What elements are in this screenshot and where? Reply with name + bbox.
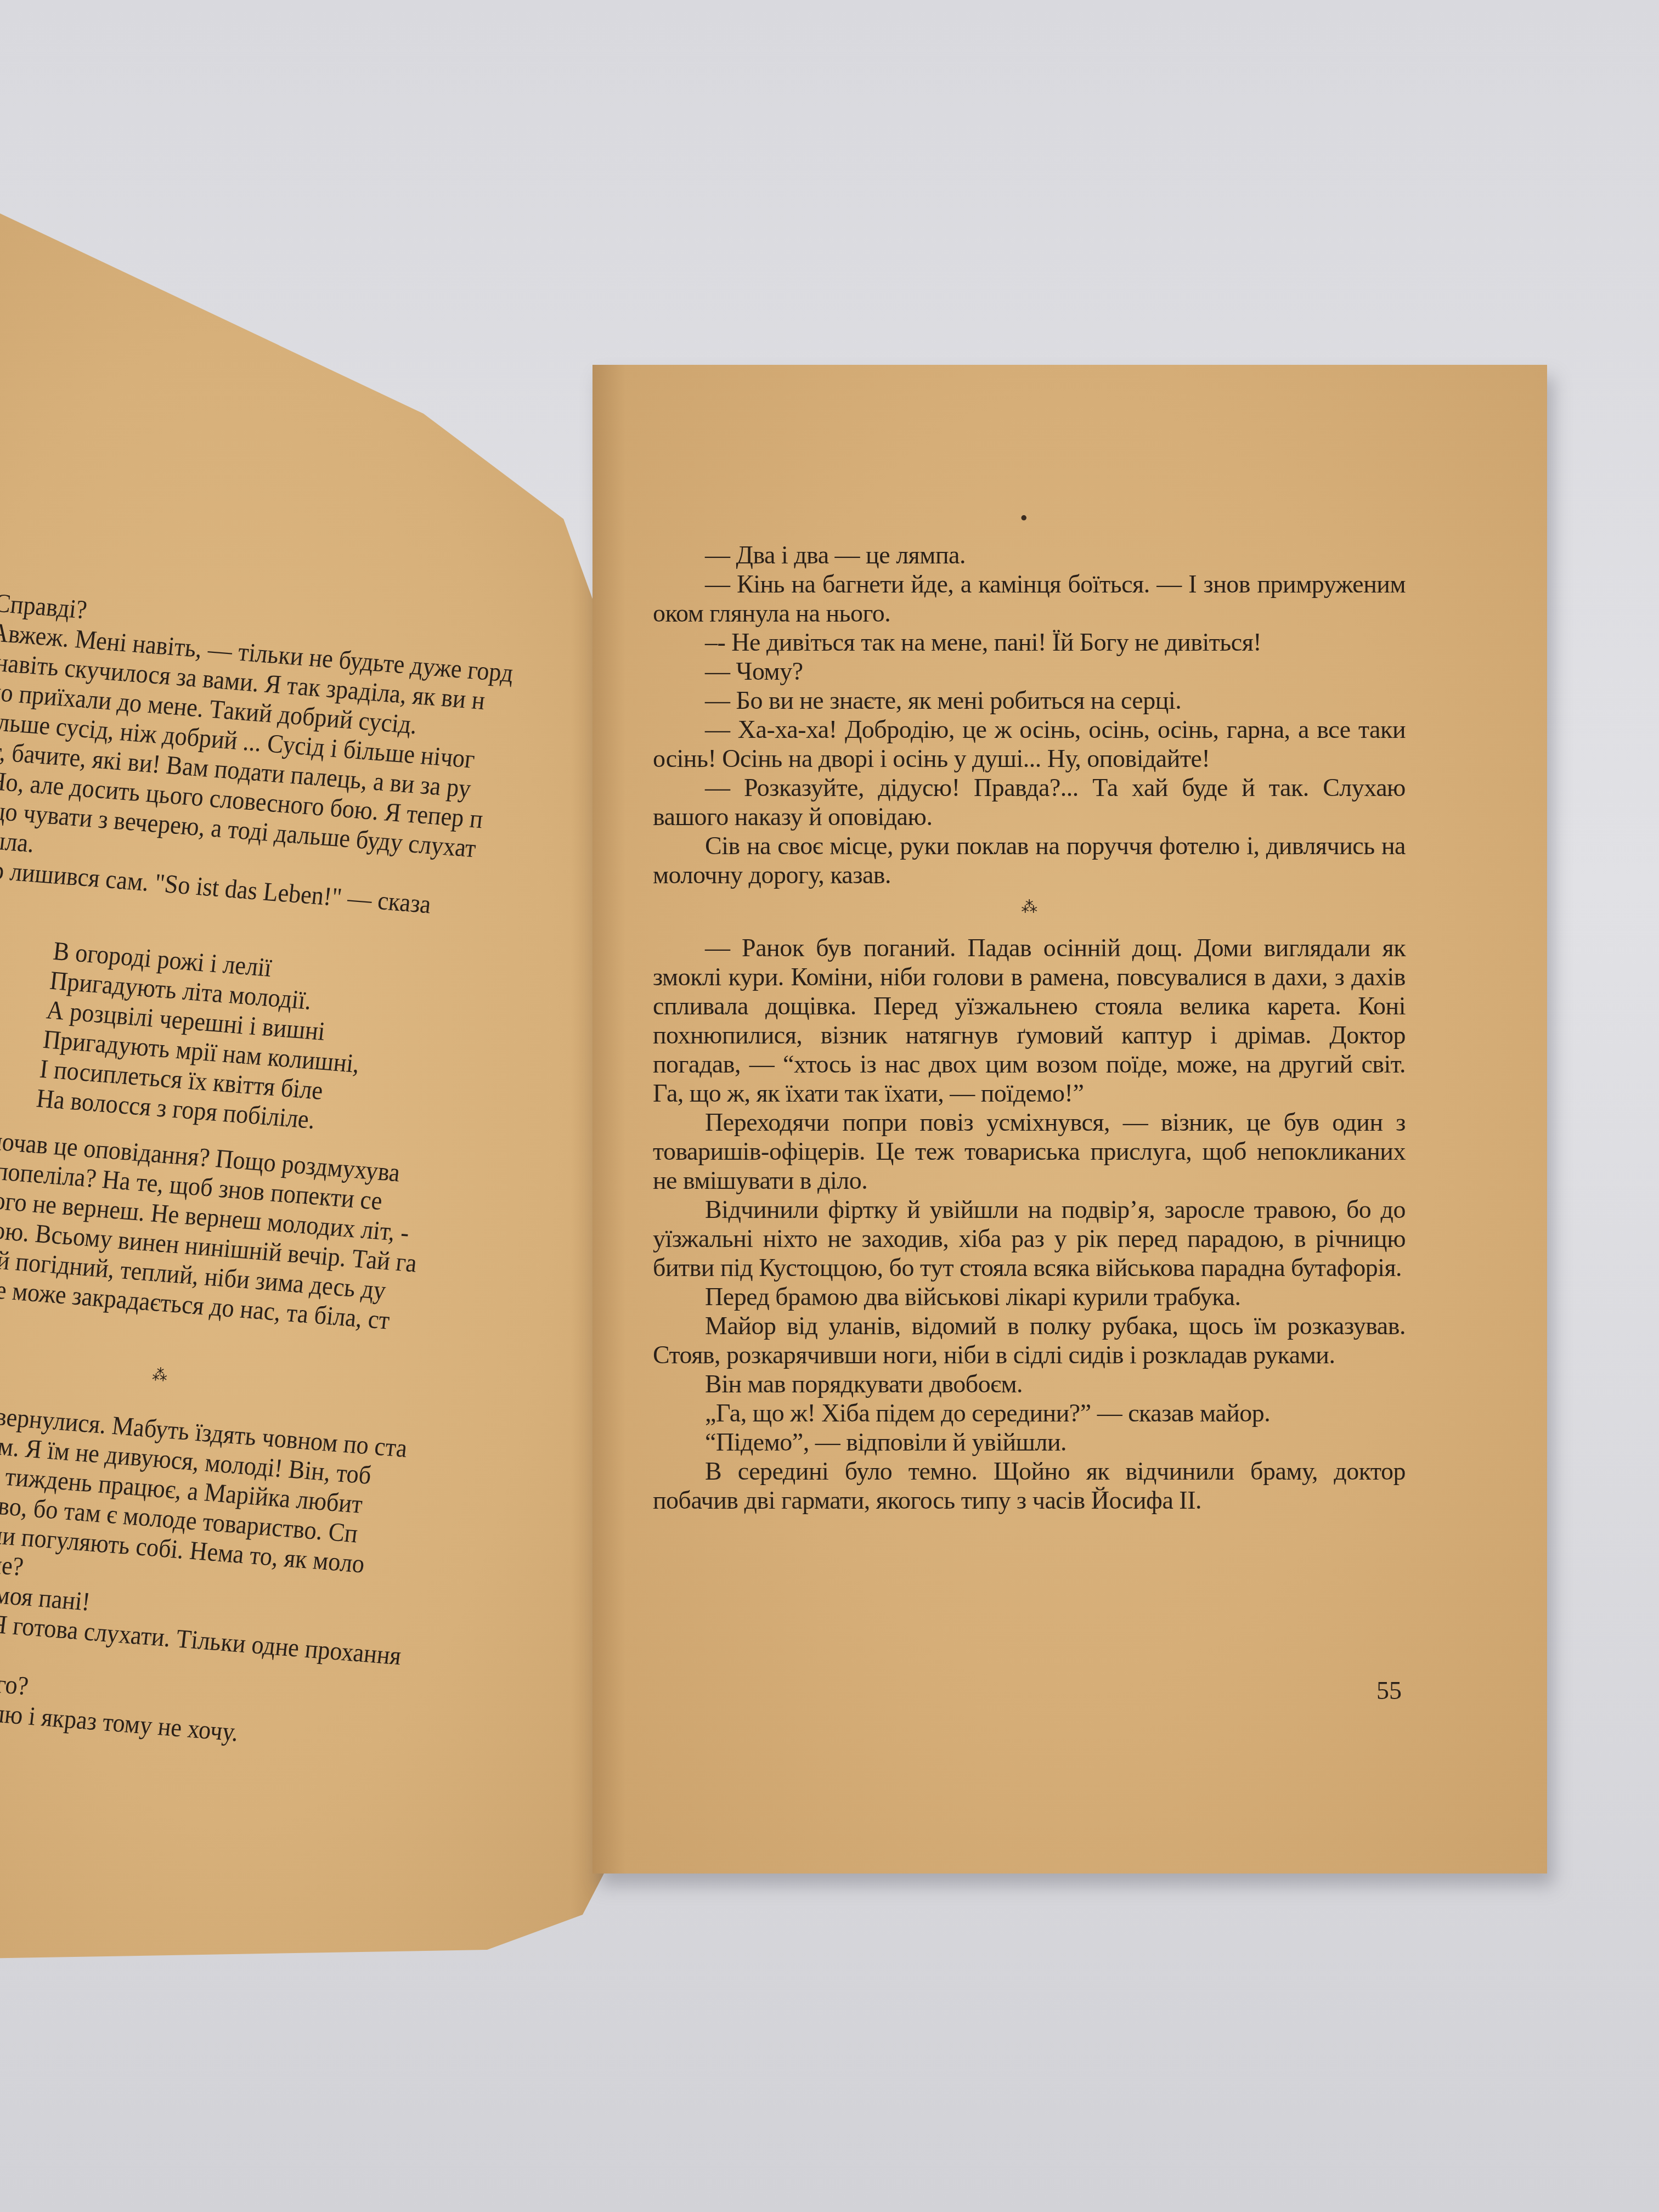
section-separator-asterism: ⁂ <box>653 901 1406 913</box>
paragraph: — Розказуйте, дідусю! Правда?... Та хай … <box>653 773 1406 831</box>
left-dialogue-block-1: – Справді? – Авжеж. Мені навіть, — тільк… <box>0 587 546 956</box>
paragraph: Сів на своє місце, руки поклав на поручч… <box>653 831 1406 889</box>
left-page: – Справді? – Авжеж. Мені навіть, — тільк… <box>0 203 614 1959</box>
paragraph: В середині було темно. Щойно як відчинил… <box>653 1457 1406 1515</box>
photo-stage: – Справді? – Авжеж. Мені навіть, — тільк… <box>0 0 1659 2212</box>
paragraph: Переходячи попри повіз усміхнувся, — віз… <box>653 1108 1406 1195</box>
paragraph: Майор від уланів, відомий в полку рубака… <box>653 1311 1406 1369</box>
paragraph: Відчинили фіртку й увійшли на подвір’я, … <box>653 1195 1406 1282</box>
paragraph: –- Не дивіться так на мене, пані! Їй Бог… <box>653 628 1406 657</box>
paragraph: Перед брамою два військові лікарі курили… <box>653 1282 1406 1311</box>
paragraph: — Два і два — це лямпа. <box>653 540 1406 569</box>
paragraph: — Ха-ха-ха! Добродію, це ж осінь, осінь,… <box>653 715 1406 773</box>
paragraph: “Підемо”, — відповіли й увійшли. <box>653 1427 1406 1457</box>
left-page-text: – Справді? – Авжеж. Мені навіть, — тільк… <box>0 587 546 1762</box>
paragraph: — Кінь на багнети йде, а камінця боїться… <box>653 569 1406 628</box>
paragraph: — Чому? <box>653 657 1406 686</box>
page-number: 55 <box>1376 1676 1402 1705</box>
paragraph: — Бо ви не знаєте, як мені робиться на с… <box>653 686 1406 715</box>
top-mark: • <box>642 513 1406 540</box>
paragraph: „Га, що ж! Хіба підем до середини?” — ск… <box>653 1398 1406 1427</box>
paragraph: Він мав порядкувати двобоєм. <box>653 1369 1406 1398</box>
left-dialogue-block-2: Мої ще не вернулися. Мабуть їздять човно… <box>0 1393 455 1762</box>
right-page-text: • — Два і два — це лямпа. — Кінь на багн… <box>653 513 1406 1515</box>
right-page: • — Два і два — це лямпа. — Кінь на багн… <box>592 365 1547 1874</box>
paragraph: — Ранок був поганий. Падав осінній дощ. … <box>653 933 1406 1108</box>
